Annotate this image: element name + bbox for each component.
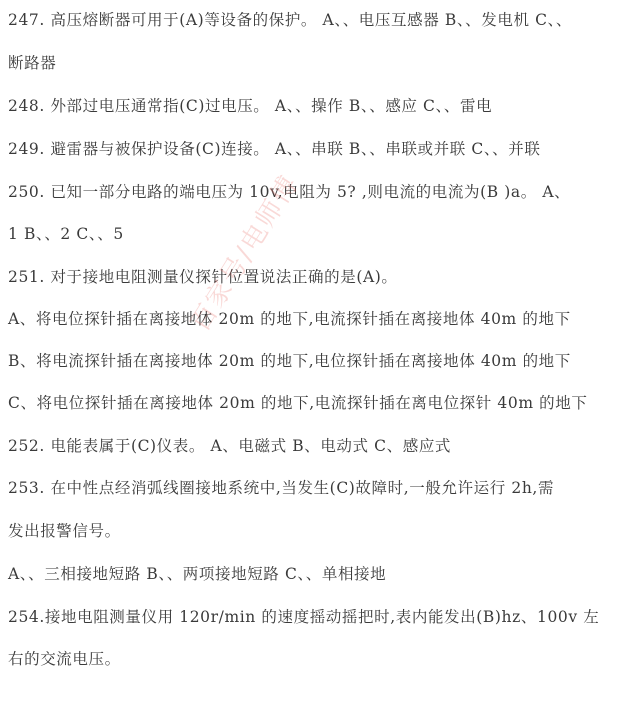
question-249: 249. 避雷器与被保护设备(C)连接。 A、、串联 B、、串联或并联 C、、并…: [8, 139, 540, 159]
question-248: 248. 外部过电压通常指(C)过电压。 A、、操作 B、、感应 C、、雷电: [8, 96, 492, 116]
question-250-line-1: 250. 已知一部分电路的端电压为 10v,电阻为 5? ,则电流的电流为(B …: [8, 182, 570, 202]
question-247-line-2: 断路器: [8, 53, 56, 73]
question-254-line-2: 右的交流电压。: [8, 649, 121, 669]
question-251-option-a: A、将电位探针插在离接地体 20m 的地下,电流探针插在离接地体 40m 的地下: [8, 309, 571, 329]
question-251-option-b: B、将电流探针插在离接地体 20m 的地下,电位探针插在离接地体 40m 的地下: [8, 351, 571, 371]
question-253-options: A、、三相接地短路 B、、两项接地短路 C、、单相接地: [8, 564, 386, 584]
question-253-line-1: 253. 在中性点经消弧线圈接地系统中,当发生(C)故障时,一般允许运行 2h,…: [8, 478, 554, 498]
question-250-line-2: 1 B、、2 C、、5: [8, 224, 124, 244]
question-251-option-c: C、将电位探针插在离接地体 20m 的地下,电流探针插在离电位探针 40m 的地…: [8, 393, 587, 413]
question-253-line-2: 发出报警信号。: [8, 521, 121, 541]
document-page: 247. 高压熔断器可用于(A)等设备的保护。 A、、电压互感器 B、、发电机 …: [0, 0, 640, 720]
question-247-line-1: 247. 高压熔断器可用于(A)等设备的保护。 A、、电压互感器 B、、发电机 …: [8, 10, 572, 30]
question-254-line-1: 254.接地电阻测量仪用 120r/min 的速度摇动摇把时,表内能发出(B)h…: [8, 607, 599, 627]
question-251: 251. 对于接地电阻测量仪探针位置说法正确的是(A)。: [8, 267, 398, 287]
question-252: 252. 电能表属于(C)仪表。 A、电磁式 B、电动式 C、感应式: [8, 436, 451, 456]
